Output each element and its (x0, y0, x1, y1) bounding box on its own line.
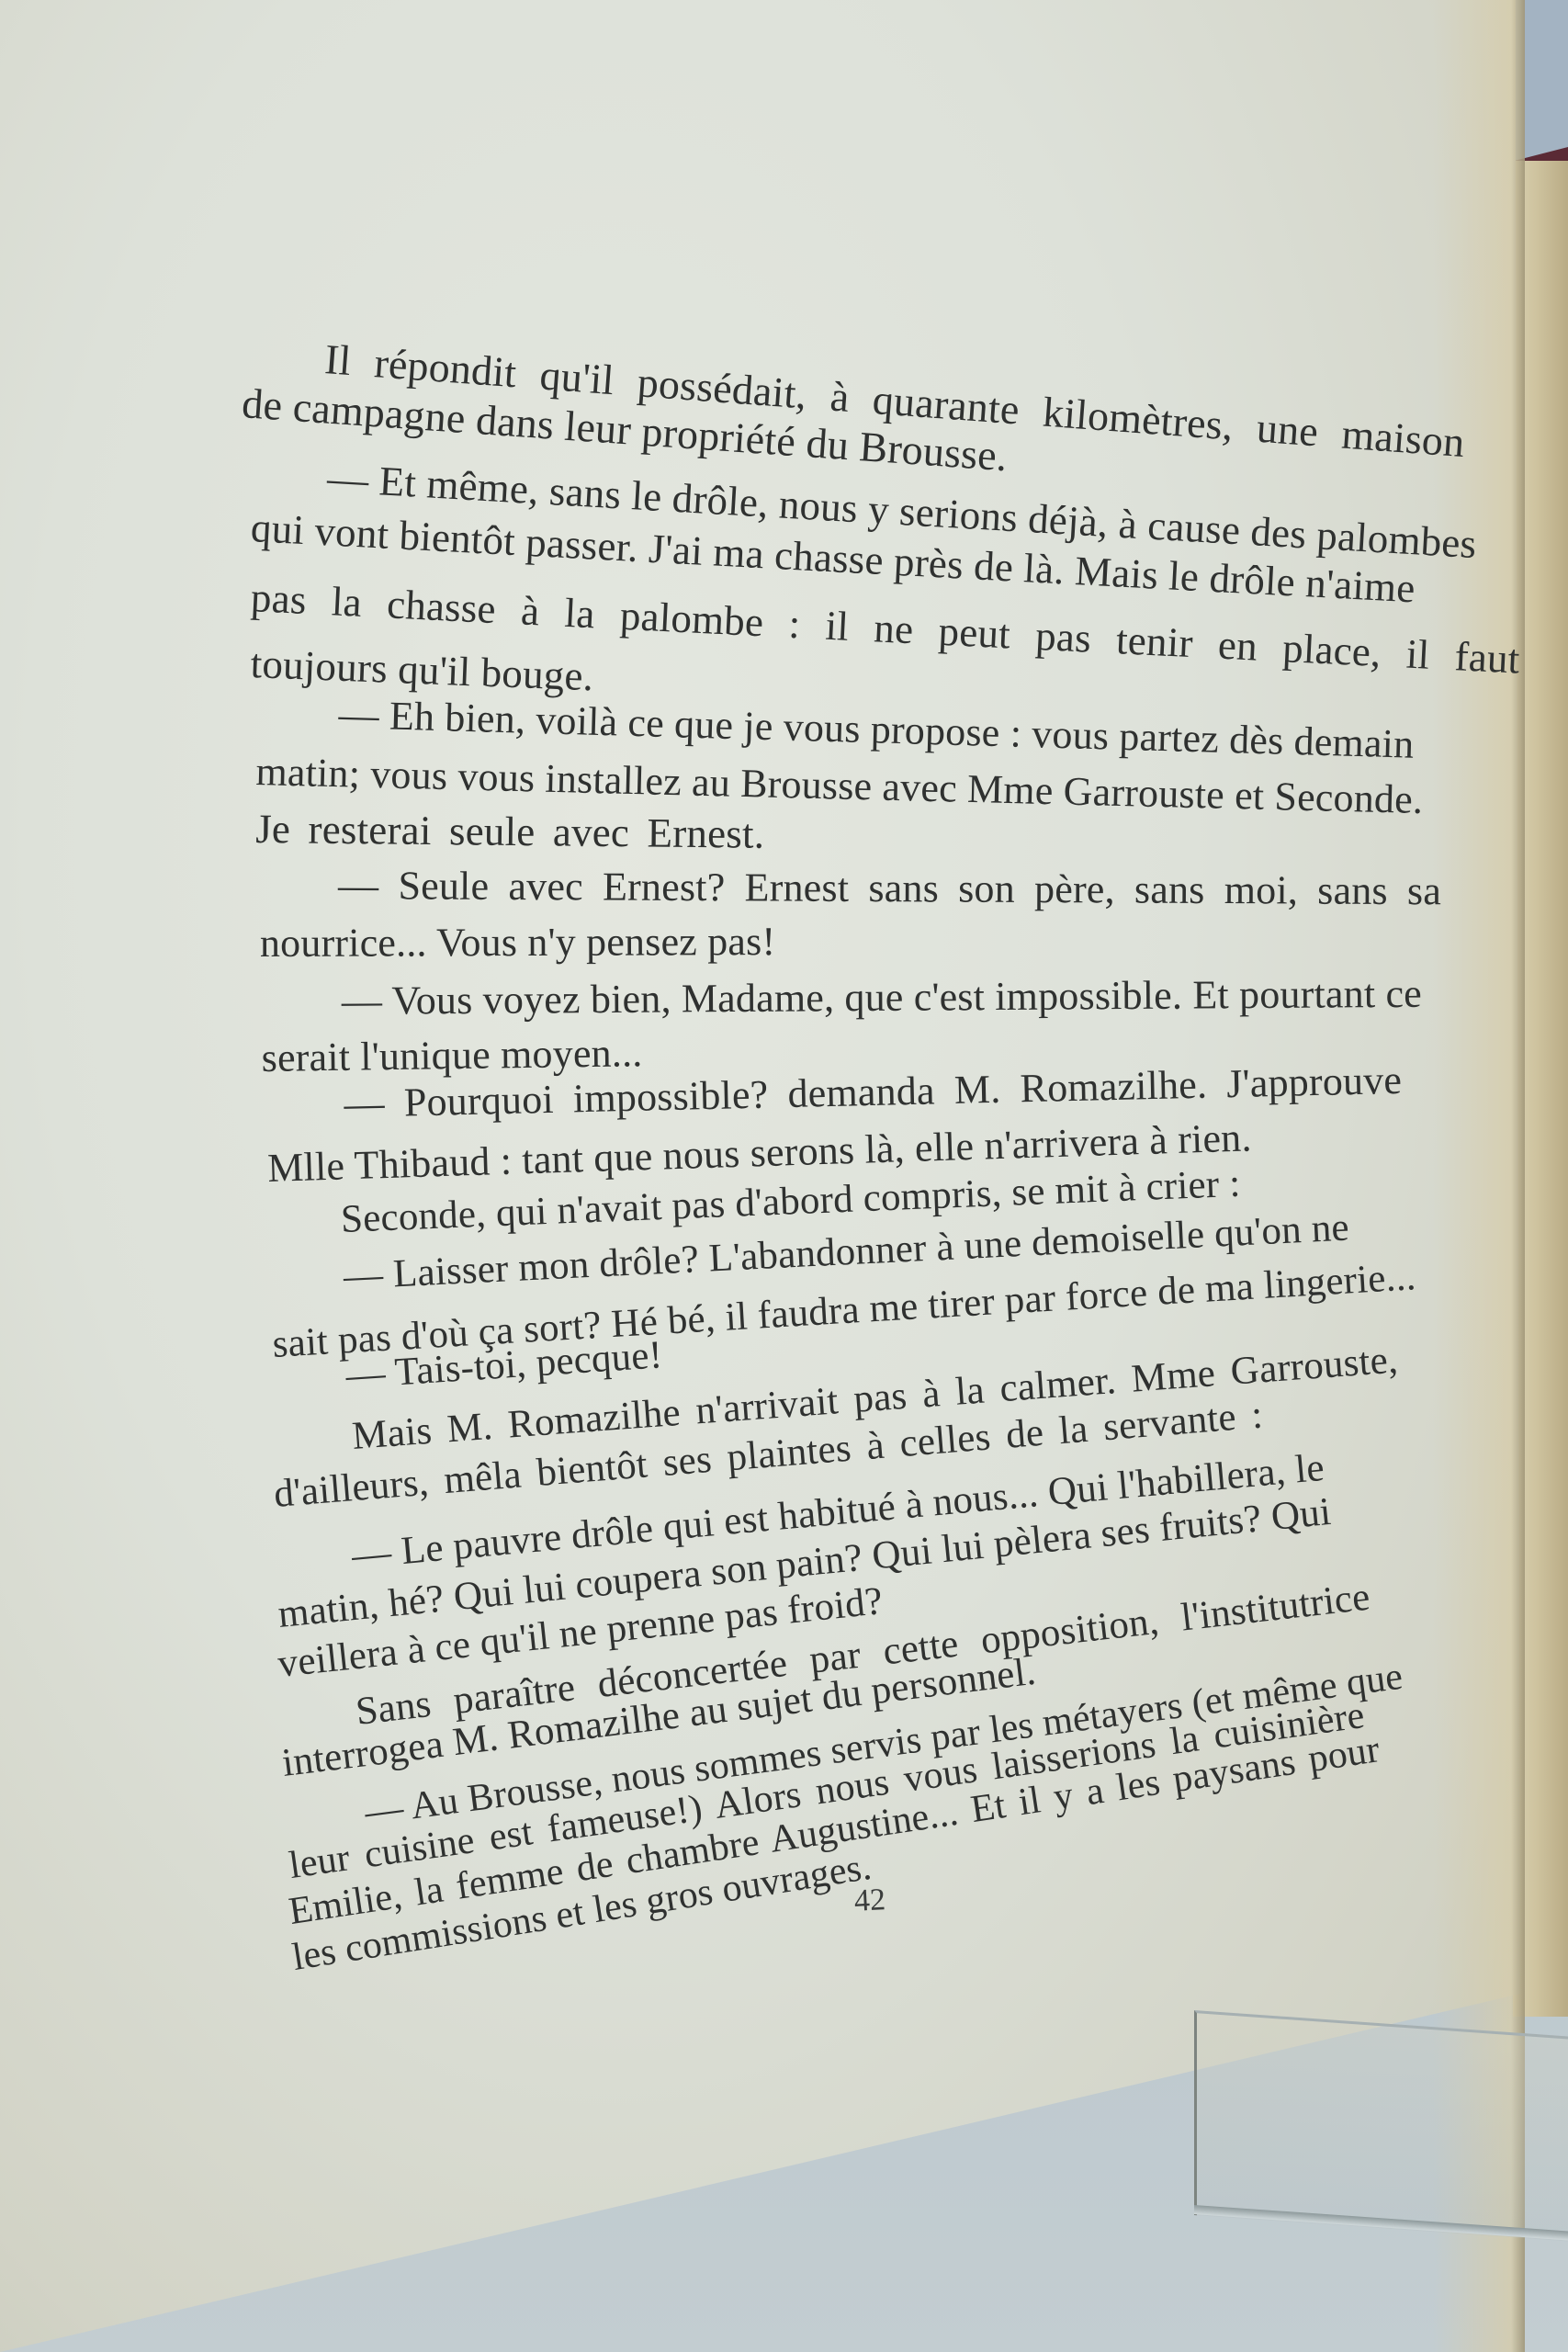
text-line: toujours qu'il bouge. (250, 643, 594, 697)
page-text: Il répondit qu'il possédait, à quarante … (0, 0, 1568, 2352)
text-line: — Vous voyez bien, Madame, que c'est imp… (342, 974, 1422, 1022)
text-line: Je resterai seule avec Ernest. (255, 808, 764, 855)
text-line: serait l'unique moyen... (261, 1033, 642, 1079)
text-line: nourrice... Vous n'y pensez pas! (260, 922, 776, 964)
text-line: — Seule avec Ernest? Ernest sans son pèr… (338, 865, 1441, 911)
page-number: 42 (853, 1883, 886, 1919)
book-photo: Il répondit qu'il possédait, à quarante … (0, 0, 1568, 2352)
